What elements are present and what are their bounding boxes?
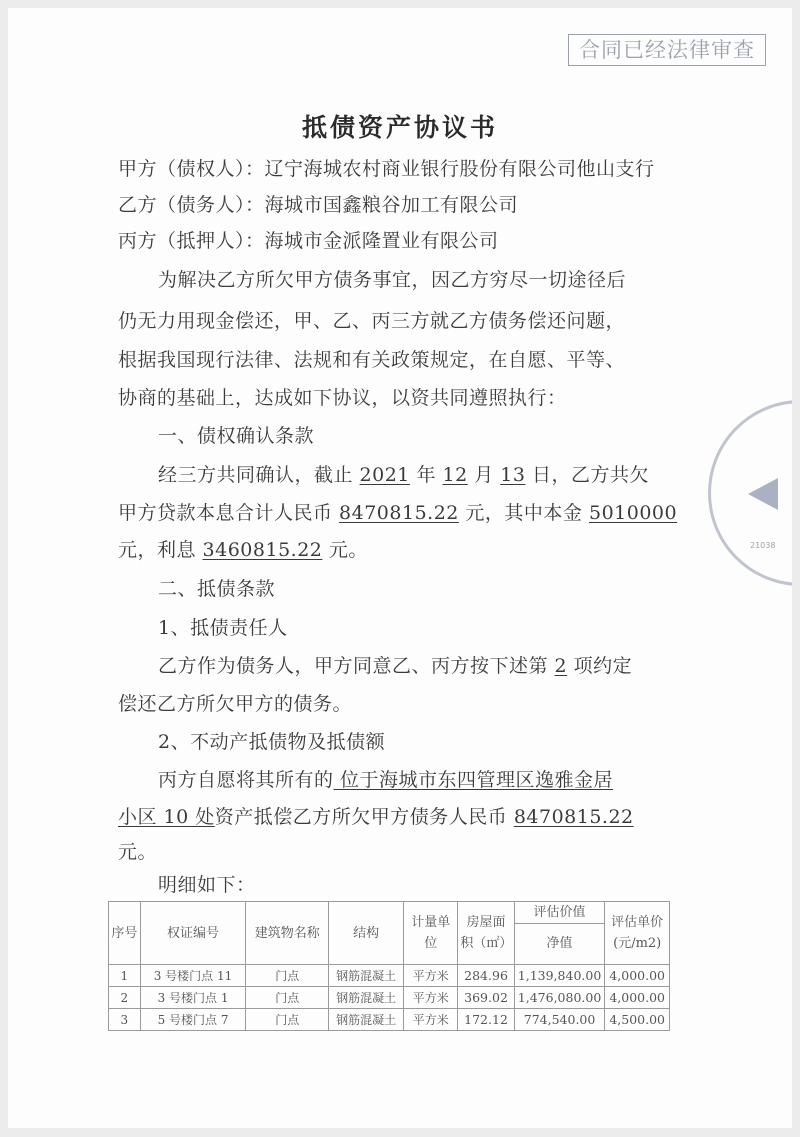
document-title: 抵债资产协议书: [8, 108, 792, 144]
cell-cert: 3 号楼门点 1: [140, 987, 246, 1009]
section2-sub1-heading: 1、抵债责任人: [158, 613, 288, 640]
cell-building: 门点: [246, 987, 329, 1009]
table-row: 2 3 号楼门点 1 门点 钢筋混凝土 平方米 369.02 1,476,080…: [109, 987, 670, 1009]
preamble-line: 为解决乙方所欠甲方债务事宜，因乙方穷尽一切途径后: [158, 265, 626, 292]
party-a: 甲方（债权人）：辽宁海城农村商业银行股份有限公司他山支行: [118, 154, 655, 181]
text: 元，其中本金: [459, 502, 589, 524]
party-c: 丙方（抵押人）：海城市金派隆置业有限公司: [118, 226, 499, 253]
cell-unit: 平方米: [404, 1009, 458, 1031]
section2-sub2-heading: 2、不动产抵债物及抵债额: [158, 727, 385, 754]
col-seq: 序号: [109, 902, 141, 965]
seal-number: 21038: [750, 541, 775, 550]
detail-label: 明细如下：: [158, 870, 256, 897]
col-area: 房屋面积（㎡）: [458, 902, 514, 965]
col-cert: 权证编号: [140, 902, 246, 965]
cell-net: 1,476,080.00: [514, 987, 605, 1009]
text: 项约定: [567, 655, 632, 677]
cell-area: 369.02: [458, 987, 514, 1009]
text: 元。: [322, 539, 368, 561]
item-number: 2: [555, 655, 568, 677]
party-b-label: 乙方（债务人）：: [118, 194, 265, 216]
col-building: 建筑物名称: [246, 902, 329, 965]
party-c-label: 丙方（抵押人）：: [118, 230, 265, 252]
property-location-cont: 小区 10 处: [118, 806, 215, 828]
cell-net: 1,139,840.00: [514, 965, 605, 987]
party-a-label: 甲方（债权人）：: [118, 158, 265, 180]
interest-amount: 3460815.22: [203, 539, 323, 561]
cell-seq: 2: [109, 987, 141, 1009]
party-b-name: 海城市国鑫粮谷加工有限公司: [265, 194, 519, 216]
cell-net: 774,540.00: [514, 1009, 605, 1031]
confirm-year: 2021: [360, 464, 410, 486]
text: 元，利息: [118, 539, 203, 561]
text: 乙方作为债务人，甲方同意乙、丙方按下述第: [158, 655, 555, 677]
text: 年: [410, 464, 443, 486]
cell-building: 门点: [246, 965, 329, 987]
cell-unit: 平方米: [404, 965, 458, 987]
section2-sub2-line1: 丙方自愿将其所有的 位于海城市东四管理区逸雅金居: [158, 765, 613, 792]
section1-heading: 一、债权确认条款: [158, 421, 314, 448]
preamble-line: 协商的基础上，达成如下协议，以资共同遵照执行：: [118, 383, 567, 410]
section1-para-line3: 元，利息 3460815.22 元。: [118, 535, 368, 562]
col-valuation: 评估价值: [514, 902, 605, 924]
cell-structure: 钢筋混凝土: [329, 987, 404, 1009]
text: 资产抵偿乙方所欠甲方债务人民币: [215, 806, 514, 828]
section2-sub2-line2: 小区 10 处资产抵偿乙方所欠甲方债务人民币 8470815.22: [118, 802, 634, 829]
cell-unit-price: 4,000.00: [605, 987, 670, 1009]
cell-cert: 5 号楼门点 7: [140, 1009, 246, 1031]
cell-seq: 3: [109, 1009, 141, 1031]
col-unit: 计量单位: [404, 902, 458, 965]
cell-seq: 1: [109, 965, 141, 987]
cell-building: 门点: [246, 1009, 329, 1031]
section1-para-line2: 甲方贷款本息合计人民币 8470815.22 元，其中本金 5010000: [118, 498, 677, 525]
text: 月: [468, 464, 501, 486]
col-structure: 结构: [329, 902, 404, 965]
table-row: 1 3 号楼门点 11 门点 钢筋混凝土 平方米 284.96 1,139,84…: [109, 965, 670, 987]
principal-amount: 5010000: [589, 502, 677, 524]
offset-amount: 8470815.22: [514, 806, 634, 828]
section2-sub2-line3: 元。: [118, 837, 157, 864]
cell-area: 172.12: [458, 1009, 514, 1031]
col-net: 净值: [514, 924, 605, 965]
preamble-line: 根据我国现行法律、法规和有关政策规定，在自愿、平等、: [118, 345, 625, 372]
cell-structure: 钢筋混凝土: [329, 965, 404, 987]
section2-sub1-line2: 偿还乙方所欠甲方的债务。: [118, 689, 352, 716]
confirm-day: 13: [500, 464, 525, 486]
preamble-line: 仍无力用现金偿还，甲、乙、丙三方就乙方债务偿还问题，: [118, 306, 625, 333]
party-a-name: 辽宁海城农村商业银行股份有限公司他山支行: [265, 158, 655, 180]
text: 经三方共同确认，截止: [158, 464, 360, 486]
section2-sub1-line1: 乙方作为债务人，甲方同意乙、丙方按下述第 2 项约定: [158, 651, 632, 678]
text: 丙方自愿将其所有的: [158, 769, 334, 791]
cell-cert: 3 号楼门点 11: [140, 965, 246, 987]
section1-para-line1: 经三方共同确认，截止 2021 年 12 月 13 日，乙方共欠: [158, 460, 649, 487]
document-page: 合同已经法律审查 21038 抵债资产协议书 甲方（债权人）：辽宁海城农村商业银…: [8, 8, 792, 1128]
text: 日，乙方共欠: [525, 464, 649, 486]
seal-star-icon: [748, 478, 778, 510]
property-location: 位于海城市东四管理区逸雅金居: [334, 769, 614, 791]
text: 甲方贷款本息合计人民币: [118, 502, 339, 524]
total-amount: 8470815.22: [339, 502, 459, 524]
cell-structure: 钢筋混凝土: [329, 1009, 404, 1031]
cell-unit-price: 4,500.00: [605, 1009, 670, 1031]
cell-unit-price: 4,000.00: [605, 965, 670, 987]
confirm-month: 12: [443, 464, 468, 486]
section2-heading: 二、抵债条款: [158, 574, 275, 601]
party-b: 乙方（债务人）：海城市国鑫粮谷加工有限公司: [118, 190, 518, 217]
col-unit-price: 评估单价(元/m2): [605, 902, 670, 965]
asset-detail-table: 序号 权证编号 建筑物名称 结构 计量单位 房屋面积（㎡） 评估价值 评估单价(…: [108, 901, 670, 1031]
cell-area: 284.96: [458, 965, 514, 987]
legal-review-stamp: 合同已经法律审查: [568, 34, 766, 66]
cell-unit: 平方米: [404, 987, 458, 1009]
table-row: 3 5 号楼门点 7 门点 钢筋混凝土 平方米 172.12 774,540.0…: [109, 1009, 670, 1031]
party-c-name: 海城市金派隆置业有限公司: [265, 230, 499, 252]
